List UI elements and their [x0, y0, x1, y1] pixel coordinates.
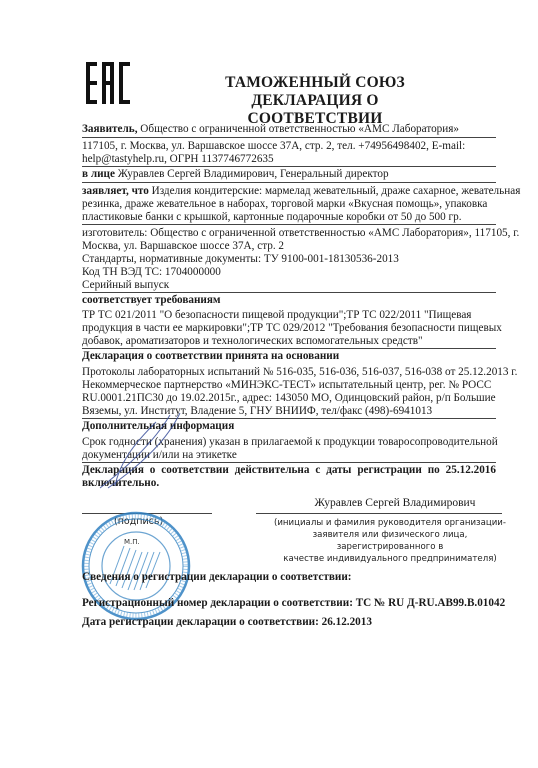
caption-line-3: качестве индивидуального предпринимателя…: [270, 553, 510, 565]
handwritten-signature-icon: c: [60, 410, 200, 490]
document-title: ТАМОЖЕННЫЙ СОЮЗ ДЕКЛАРАЦИЯ О СООТВЕТСТВИ…: [190, 74, 440, 128]
caption-line-2: заявителя или физического лица, зарегист…: [270, 529, 510, 553]
basis-line-3: RU.0001.21ПС30 до 19.02.2015г., адрес: 1…: [82, 392, 496, 405]
release-type: Серийный выпуск: [82, 279, 496, 292]
divider: [82, 292, 496, 293]
divider: [82, 224, 496, 225]
applicant-address-2: help@tastyhelp.ru, ОГРН 1137746772635: [82, 153, 496, 166]
basis-heading: Декларация о соответствии принята на осн…: [82, 350, 496, 363]
representative-label: в лице: [82, 168, 115, 180]
requirements-heading: соответствует требованиям: [82, 294, 496, 307]
product-line-1: Изделия кондитерские: мармелад жевательн…: [149, 185, 521, 197]
title-customs-union: ТАМОЖЕННЫЙ СОЮЗ: [190, 74, 440, 92]
signatory-caption: (инициалы и фамилия руководителя организ…: [270, 517, 510, 565]
declaration-document: ТАМОЖЕННЫЙ СОЮЗ ДЕКЛАРАЦИЯ О СООТВЕТСТВИ…: [0, 0, 538, 768]
basis-line-2: Некоммерческое партнерство «МИНЭКС-ТЕСТ»…: [82, 379, 496, 392]
manufacturer-line-2: Москва, ул. Варшавское шоссе 37А, стр. 2: [82, 240, 496, 253]
svg-text:М.П.: М.П.: [124, 538, 140, 546]
representative-row: в лице Журавлев Сергей Владимирович, Ген…: [82, 168, 496, 181]
standards: Стандарты, нормативные документы: ТУ 910…: [82, 253, 496, 266]
declares-row: заявляет, что Изделия кондитерские: марм…: [82, 185, 496, 198]
applicant-name: Общество с ограниченной ответственностью…: [138, 123, 459, 135]
hs-code: Код ТН ВЭД ТС: 1704000000: [82, 266, 496, 279]
basis-line-1: Протоколы лабораторных испытаний № 516-0…: [82, 366, 496, 379]
manufacturer-line-1: изготовитель: Общество с ограниченной от…: [82, 227, 496, 240]
eac-logo-icon: [86, 62, 130, 104]
applicant-address-1: 117105, г. Москва, ул. Варшавское шоссе …: [82, 140, 496, 153]
representative-name: Журавлев Сергей Владимирович, Генеральны…: [115, 168, 389, 180]
divider: [82, 182, 496, 183]
applicant-label: Заявитель,: [82, 123, 138, 135]
signatory-line: [256, 513, 502, 514]
applicant-row: Заявитель, Общество с ограниченной ответ…: [82, 123, 496, 136]
product-line-3: пластиковые банки с крышкой, картонные п…: [82, 211, 496, 224]
registration-number: Регистрационный номер декларации о соотв…: [82, 597, 505, 609]
caption-line-1: (инициалы и фамилия руководителя организ…: [270, 517, 510, 529]
declares-label: заявляет, что: [82, 185, 149, 197]
registration-date: Дата регистрации декларации о соответств…: [82, 616, 372, 628]
requirements-line-1: ТР ТС 021/2011 "О безопасности пищевой п…: [82, 309, 496, 322]
registration-heading: Сведения о регистрации декларации о соот…: [82, 571, 352, 583]
requirements-line-3: добавок, ароматизаторов и технологически…: [82, 335, 496, 348]
divider: [82, 137, 496, 138]
product-line-2: резинка, драже жевательное в наборах, то…: [82, 198, 496, 211]
divider: [82, 348, 496, 349]
requirements-line-2: продукция в части ее маркировки";ТР ТС 0…: [82, 322, 496, 335]
divider: [82, 166, 496, 167]
signatory-name: Журавлев Сергей Владимирович: [290, 497, 500, 509]
